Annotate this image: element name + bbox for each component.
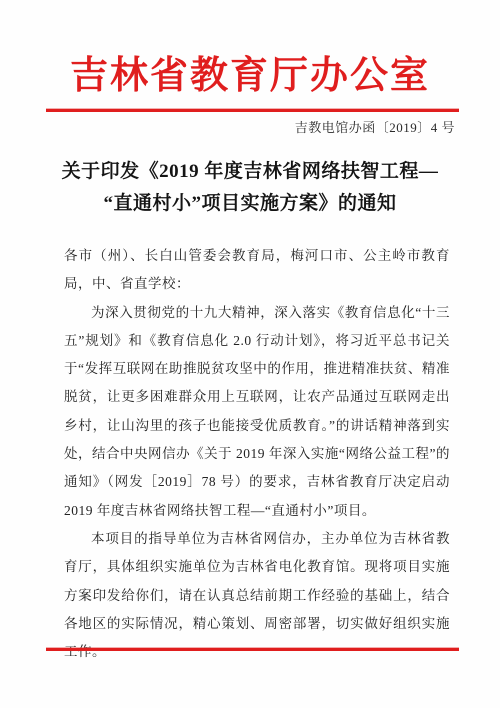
notice-title-line2: “直通村小”项目实施方案》的通知: [103, 193, 396, 214]
letterhead-org-name: 吉林省教育厅办公室: [0, 54, 500, 98]
notice-title: 关于印发《2019 年度吉林省网络扶智工程— “直通村小”项目实施方案》的通知: [0, 156, 500, 220]
document-body: 各市（州）、长白山管委会教育局，梅河口市、公主岭市教育局，中、省直学校： 为深入…: [64, 242, 450, 666]
body-paragraph-2: 本项目的指导单位为吉林省网信办，主办单位为吉林省教育厅，具体组织实施单位为吉林省…: [64, 525, 450, 666]
document-page: 吉林省教育厅办公室 吉教电馆办函〔2019〕4 号 关于印发《2019 年度吉林…: [0, 0, 500, 708]
letterhead-divider-line: [46, 109, 459, 112]
document-number: 吉教电馆办函〔2019〕4 号: [295, 119, 455, 136]
body-paragraph-1: 为深入贯彻党的十九大精神，深入落实《教育信息化“十三五”规划》和《教育信息化 2…: [64, 299, 450, 525]
notice-title-line1: 关于印发《2019 年度吉林省网络扶智工程—: [62, 161, 439, 182]
salutation-paragraph: 各市（州）、长白山管委会教育局，梅河口市、公主岭市教育局，中、省直学校：: [64, 242, 450, 299]
footer-divider-line: [46, 648, 459, 651]
